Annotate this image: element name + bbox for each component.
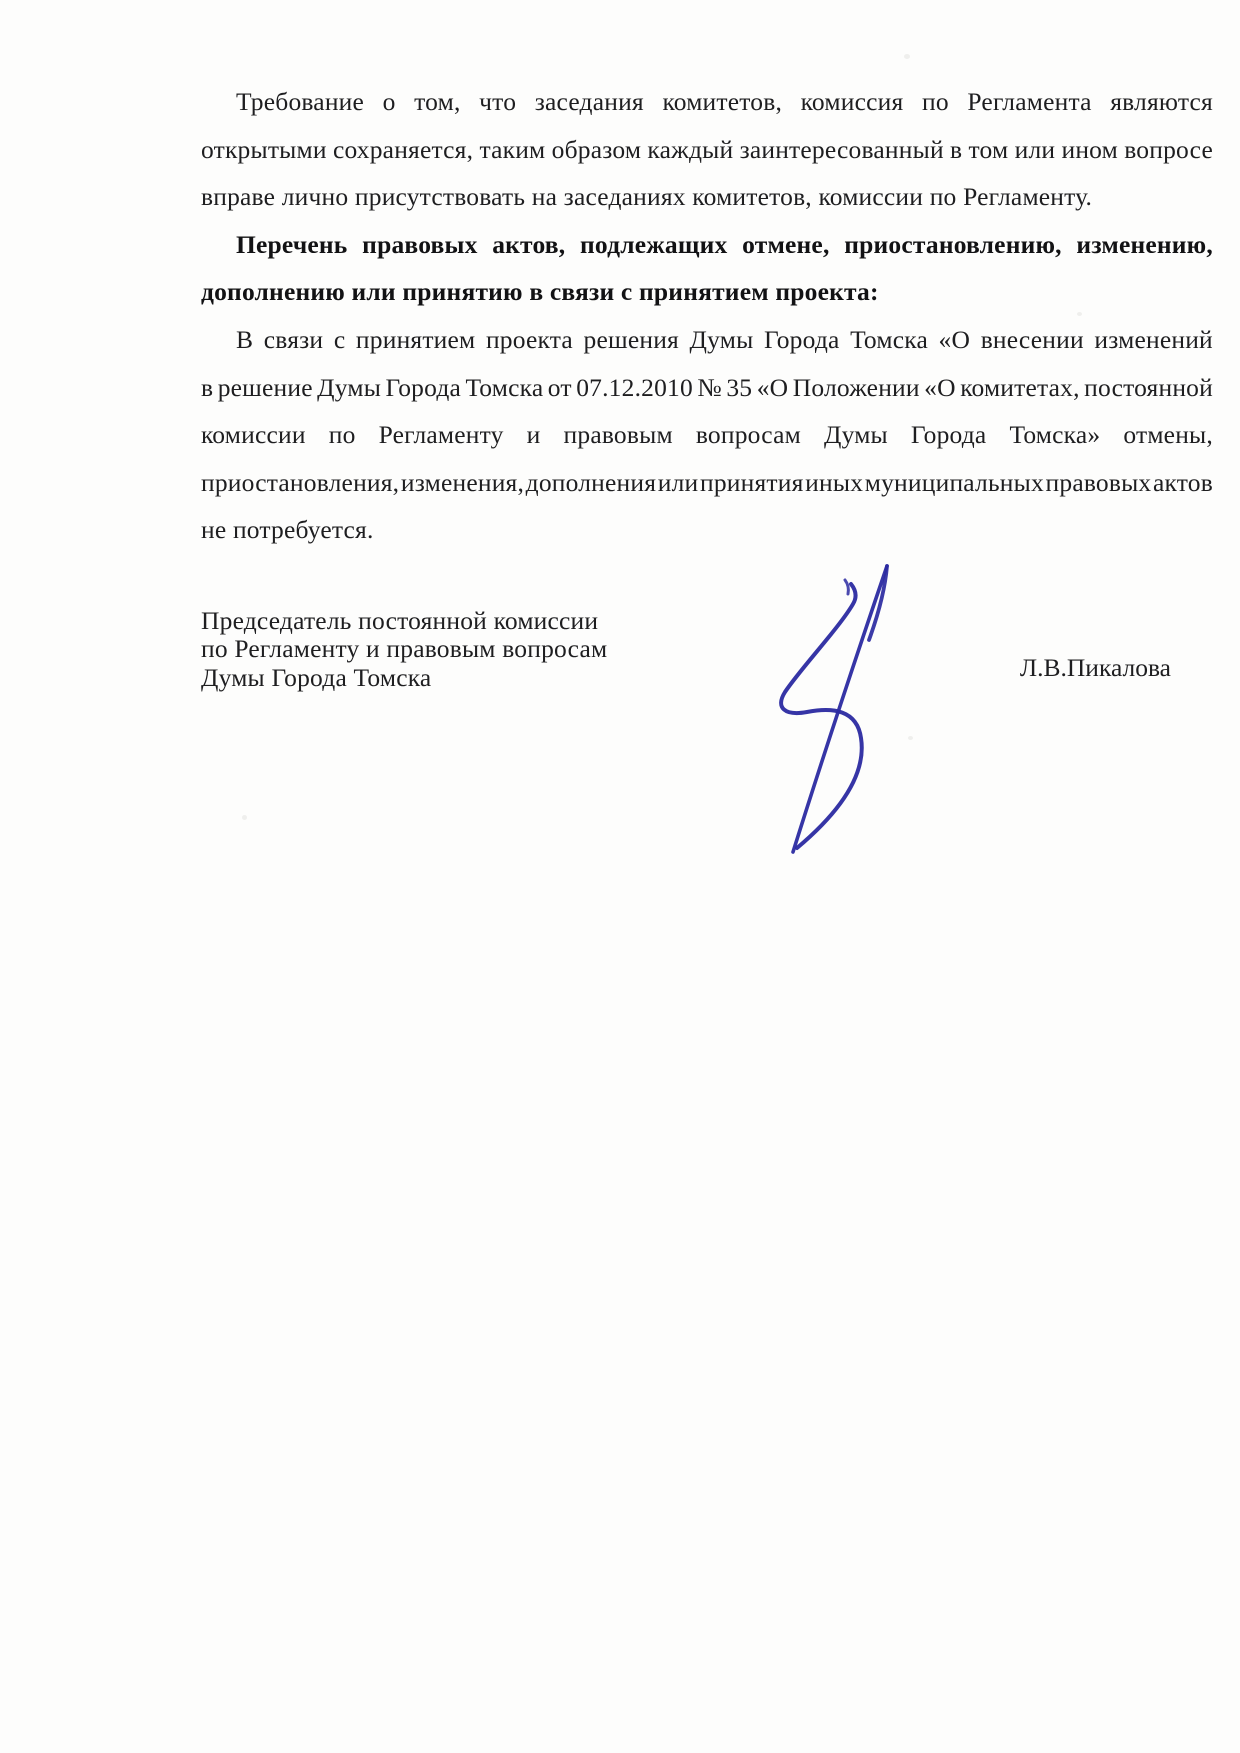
word: Регламента [967,78,1091,126]
word: или [1015,126,1056,174]
word: актов, [492,221,565,269]
word: с [334,316,346,364]
word: что [479,78,516,126]
word: Положении [793,364,920,412]
paragraph-body-line: комиссиипоРегламентуиправовымвопросамДум… [201,411,1213,459]
word: Томска [465,364,543,412]
word: Томска» [1009,411,1100,459]
word: том [969,126,1009,174]
word: о [383,78,396,126]
word: по [329,411,356,459]
word: принятия [700,459,804,507]
paragraph-opening-line: Требованиеотом,чтозаседаниякомитетов,ком… [201,78,1213,126]
word: связи [264,316,323,364]
word: правовых [1046,459,1152,507]
word: заинтересованный [740,126,944,174]
word: Города [911,411,987,459]
document-text: Требованиеотом,чтозаседаниякомитетов,ком… [201,78,1213,692]
paragraph-body-line: врешениеДумыГородаТомскаот07.12.2010№35«… [201,364,1213,412]
word: приостановления, [201,459,399,507]
signature-title-line: по Регламенту и правовым вопросам [201,635,607,663]
word: «О [757,364,789,412]
word: приостановлению, [844,221,1062,269]
signature-title-line: Председатель постоянной комиссии [201,607,607,635]
word: являются [1110,78,1213,126]
word: вопросам [696,411,801,459]
word: 35 [726,364,752,412]
word: по [922,78,949,126]
paragraph-heading-line: дополнению или принятию в связи с принят… [201,268,1213,316]
signer-name: Л.В.Пикалова [1020,654,1171,682]
word: муниципальных [865,459,1044,507]
word: Перечень [236,221,348,269]
word: постоянной [1084,364,1213,412]
paragraph-body-line: приостановления,изменения,дополненияилип… [201,459,1213,507]
scan-speck [908,736,913,740]
word: заседания [535,78,644,126]
signature-block: Председатель постоянной комиссиипо Регла… [201,607,1213,692]
word: дополнения [526,459,657,507]
word: правовых [362,221,477,269]
word: в [201,364,213,412]
word: изменению, [1076,221,1213,269]
word: сохраняется, [333,126,473,174]
word: актов [1153,459,1213,507]
scanned-document-page: Требованиеотом,чтозаседаниякомитетов,ком… [0,0,1240,1753]
word: 07.12.2010 [576,364,693,412]
word: изменений [1094,316,1213,364]
word: Томска [850,316,928,364]
word: и [527,411,541,459]
word: от [548,364,572,412]
word: В [236,316,253,364]
word: отмены, [1123,411,1213,459]
word: правовым [564,411,673,459]
word: подлежащих [580,221,727,269]
word: решение [218,364,313,412]
word: № [697,364,722,412]
word: Думы [317,364,381,412]
word: образом [552,126,642,174]
word: Города [764,316,840,364]
word: том, [414,78,460,126]
word: открытыми [201,126,327,174]
paragraph-body-line: ВсвязиспринятиемпроектарешенияДумыГорода… [201,316,1213,364]
word: изменения, [401,459,524,507]
paragraphs-container: Требованиеотом,чтозаседаниякомитетов,ком… [201,78,1213,554]
paragraph-heading-line: Переченьправовыхактов,подлежащихотмене,п… [201,221,1213,269]
word: внесении [981,316,1084,364]
word: Требование [236,78,364,126]
word: ином [1061,126,1118,174]
word: Города [386,364,462,412]
signature-title-line: Думы Города Томска [201,664,607,692]
word: «О [924,364,956,412]
word: в [950,126,962,174]
word: Думы [824,411,888,459]
word: вопросе [1124,126,1213,174]
word: «О [939,316,971,364]
word: принятием [356,316,475,364]
word: таким [479,126,545,174]
word: комитетах, [960,364,1080,412]
word: каждый [647,126,733,174]
word: Регламенту [379,411,504,459]
word: иных [805,459,863,507]
paragraph-opening-line: вправе лично присутствовать на заседания… [201,173,1213,221]
word: или [658,459,699,507]
word: проекта [486,316,573,364]
word: комиссии [201,411,306,459]
scan-speck [904,54,910,59]
word: комитетов, [662,78,782,126]
word: решения [584,316,679,364]
paragraph-opening-line: открытымисохраняется,такимобразомкаждыйз… [201,126,1213,174]
scan-speck [1077,312,1082,316]
word: отмене, [742,221,829,269]
paragraph-body-line: не потребуется. [201,506,1213,554]
scan-speck [242,815,247,820]
word: комиссия [801,78,904,126]
signature-title: Председатель постоянной комиссиипо Регла… [201,607,607,692]
word: Думы [690,316,754,364]
